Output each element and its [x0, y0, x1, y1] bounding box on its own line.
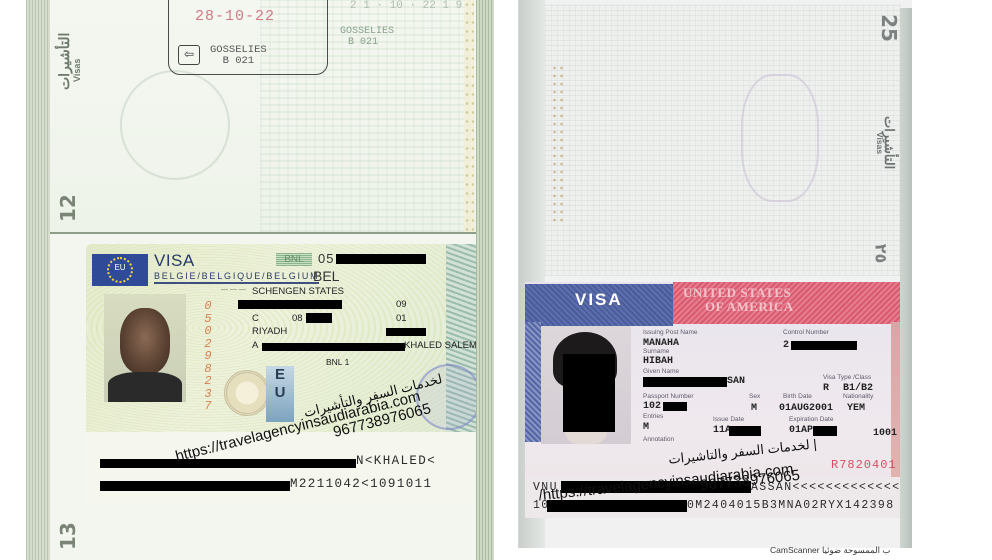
entry-stamp-place: GOSSELIES B 021 — [210, 45, 267, 67]
mrz-line-1: N<KHALED< — [356, 454, 436, 468]
issue-date-label: Issue Date — [713, 416, 744, 423]
exit-stamp: GOSSELIES B 021 — [340, 26, 394, 48]
nationality: YEM — [847, 403, 865, 414]
annotation-label: Annotation — [643, 436, 674, 443]
remarks: BNL 1 — [326, 357, 349, 367]
exit-stamp-date: 2 1 · 10 · 22 1 9 — [350, 0, 462, 12]
valid-for: SCHENGEN STATES — [252, 286, 344, 297]
exit-stamp-place: GOSSELIES — [340, 26, 394, 37]
given-name-label: Given Name — [643, 368, 679, 375]
entries: 01 — [396, 313, 407, 324]
scan-composite: 28-10-22 ⇦ GOSSELIES B 021 2 1 · 10 · 22… — [0, 0, 992, 560]
holder-name: A — [252, 340, 258, 351]
us-visa-foil: VISA UNITED STATES OF AMERICA Issuing Po… — [525, 282, 905, 518]
redaction-bar — [547, 500, 687, 512]
redaction-bar — [791, 341, 857, 350]
entry-stamp-date: 28-10-22 — [195, 8, 275, 25]
visa-title: VISA — [154, 251, 195, 271]
red-serial-number: R7820401 — [831, 458, 897, 472]
redaction-bar — [643, 377, 727, 387]
birth-date: 01AUG2001 — [779, 403, 833, 414]
code-1001: 1001 — [873, 428, 897, 439]
issue-date: 08 — [292, 313, 303, 324]
mrz-line-2: M2211042<1091011 — [290, 477, 432, 491]
sex-label: Sex — [749, 393, 760, 400]
entry-stamp-code: B 021 — [210, 56, 267, 67]
belgium-visa-passport-scan: 28-10-22 ⇦ GOSSELIES B 021 2 1 · 10 · 22… — [26, 0, 494, 560]
country-line-2: OF AMERICA — [683, 300, 794, 314]
consular-seal-stamp — [416, 364, 482, 430]
passport-page-edge — [900, 8, 912, 548]
control-number: 2 — [783, 340, 789, 351]
security-dots — [551, 64, 567, 224]
page-number-13: 13 — [56, 522, 80, 550]
visa-title: VISA — [575, 290, 623, 310]
mrz-zone: N<KHALED< M2211042<1091011 — [86, 432, 476, 504]
entries: M — [643, 422, 649, 433]
control-number-label: Control Number — [783, 329, 829, 336]
page-number-25-arabic: ٢٥ — [871, 244, 890, 264]
duration-days: 09 — [396, 299, 407, 310]
scanner-footer: CamScanner ب الممسوحة ضوئيا — [770, 545, 890, 556]
mrz-zone: VNU ASSAN<<<<<<<<<<<<<< 10 0M2404015B3MN… — [525, 477, 905, 518]
birth-date-label: Birth Date — [783, 393, 812, 400]
expiration-date: 01AP — [789, 425, 813, 436]
passport-binding-edge — [26, 0, 50, 560]
eu-flag-icon: EU — [92, 254, 148, 286]
visas-label-english: Visas — [72, 59, 82, 82]
series-box: BNL — [276, 253, 312, 266]
us-visa-passport-scan: 25 التأشيرات Visas ٢٥ VISA UNITED STATES… — [518, 0, 912, 548]
nationality-label: Nationality — [843, 393, 873, 400]
mrz-line-2: 0M2404015B3MNA02RYX142398 — [687, 499, 895, 512]
passport-number: 102 — [643, 401, 661, 412]
passport-page-25: 25 التأشيرات Visas ٢٥ — [545, 4, 901, 276]
redaction-bar — [663, 402, 687, 411]
mrz-line-1: ASSAN<<<<<<<<<<<<<< — [751, 481, 905, 494]
passport-page-13: EU VISA BELGIE/BELGIQUE/BELGIUM BNL 05 B… — [50, 234, 476, 560]
redaction-bar — [100, 481, 290, 491]
visa-type: R — [823, 383, 829, 394]
visas-label-english: Visas — [875, 132, 885, 154]
visa-side-pattern — [525, 322, 541, 442]
place-of-issue: RIYADH — [252, 326, 287, 337]
schengen-visa-sticker: EU VISA BELGIE/BELGIQUE/BELGIUM BNL 05 B… — [86, 244, 486, 454]
face-redaction — [563, 354, 615, 432]
redaction-bar — [813, 426, 837, 436]
visas-label-arabic: التأشيرات — [56, 33, 73, 90]
entry-arrow-icon: ⇦ — [178, 45, 200, 65]
entries-label: Entries — [643, 413, 663, 420]
page-number-25: 25 — [877, 14, 901, 42]
page-number-12: 12 — [56, 194, 80, 222]
redaction-bar — [386, 328, 426, 336]
issuing-country: BELGIE/BELGIQUE/BELGIUM — [154, 271, 319, 284]
surname-label: Surname — [643, 348, 669, 355]
redaction-bar — [100, 459, 356, 468]
issuing-post-label: Issuing Post Name — [643, 329, 698, 336]
expiration-date-label: Expiration Date — [789, 416, 833, 423]
sex: M — [751, 403, 757, 414]
visa-type-label: Visa Type /Class — [823, 374, 871, 381]
issuing-country: UNITED STATES OF AMERICA — [683, 286, 794, 314]
security-dots — [464, 0, 474, 240]
redaction-bar — [306, 313, 332, 323]
yemen-emblem-watermark-icon — [120, 70, 230, 180]
given-name: SAN — [727, 376, 745, 387]
redaction-bar — [729, 426, 761, 436]
redaction-bar — [561, 481, 751, 493]
redaction-bar — [238, 300, 342, 309]
yemen-emblem-watermark-icon — [741, 74, 819, 202]
redaction-bar — [262, 343, 405, 351]
holder-photo — [104, 294, 186, 402]
passport-number-label: Passport Number — [643, 393, 694, 400]
redaction-bar — [336, 254, 426, 264]
visa-type: C — [252, 313, 259, 324]
hologram-icon — [224, 370, 270, 416]
holder-photo — [541, 326, 631, 444]
passport-page-12: 28-10-22 ⇦ GOSSELIES B 021 2 1 · 10 · 22… — [50, 0, 476, 232]
passport-page-edge — [476, 0, 494, 560]
serial-number: 050298237 — [202, 300, 214, 413]
eu-hologram: EU — [266, 366, 294, 422]
mrz-line-1-prefix: VNU — [533, 481, 558, 494]
exit-stamp-code: B 021 — [340, 37, 394, 48]
holder-name-suffix: KHALED SALEM — [404, 340, 477, 351]
issuing-code: BEL — [313, 268, 339, 284]
surname: HIBAH — [643, 356, 673, 367]
country-line-1: UNITED STATES — [683, 286, 794, 300]
visa-number: 05 — [318, 251, 334, 266]
